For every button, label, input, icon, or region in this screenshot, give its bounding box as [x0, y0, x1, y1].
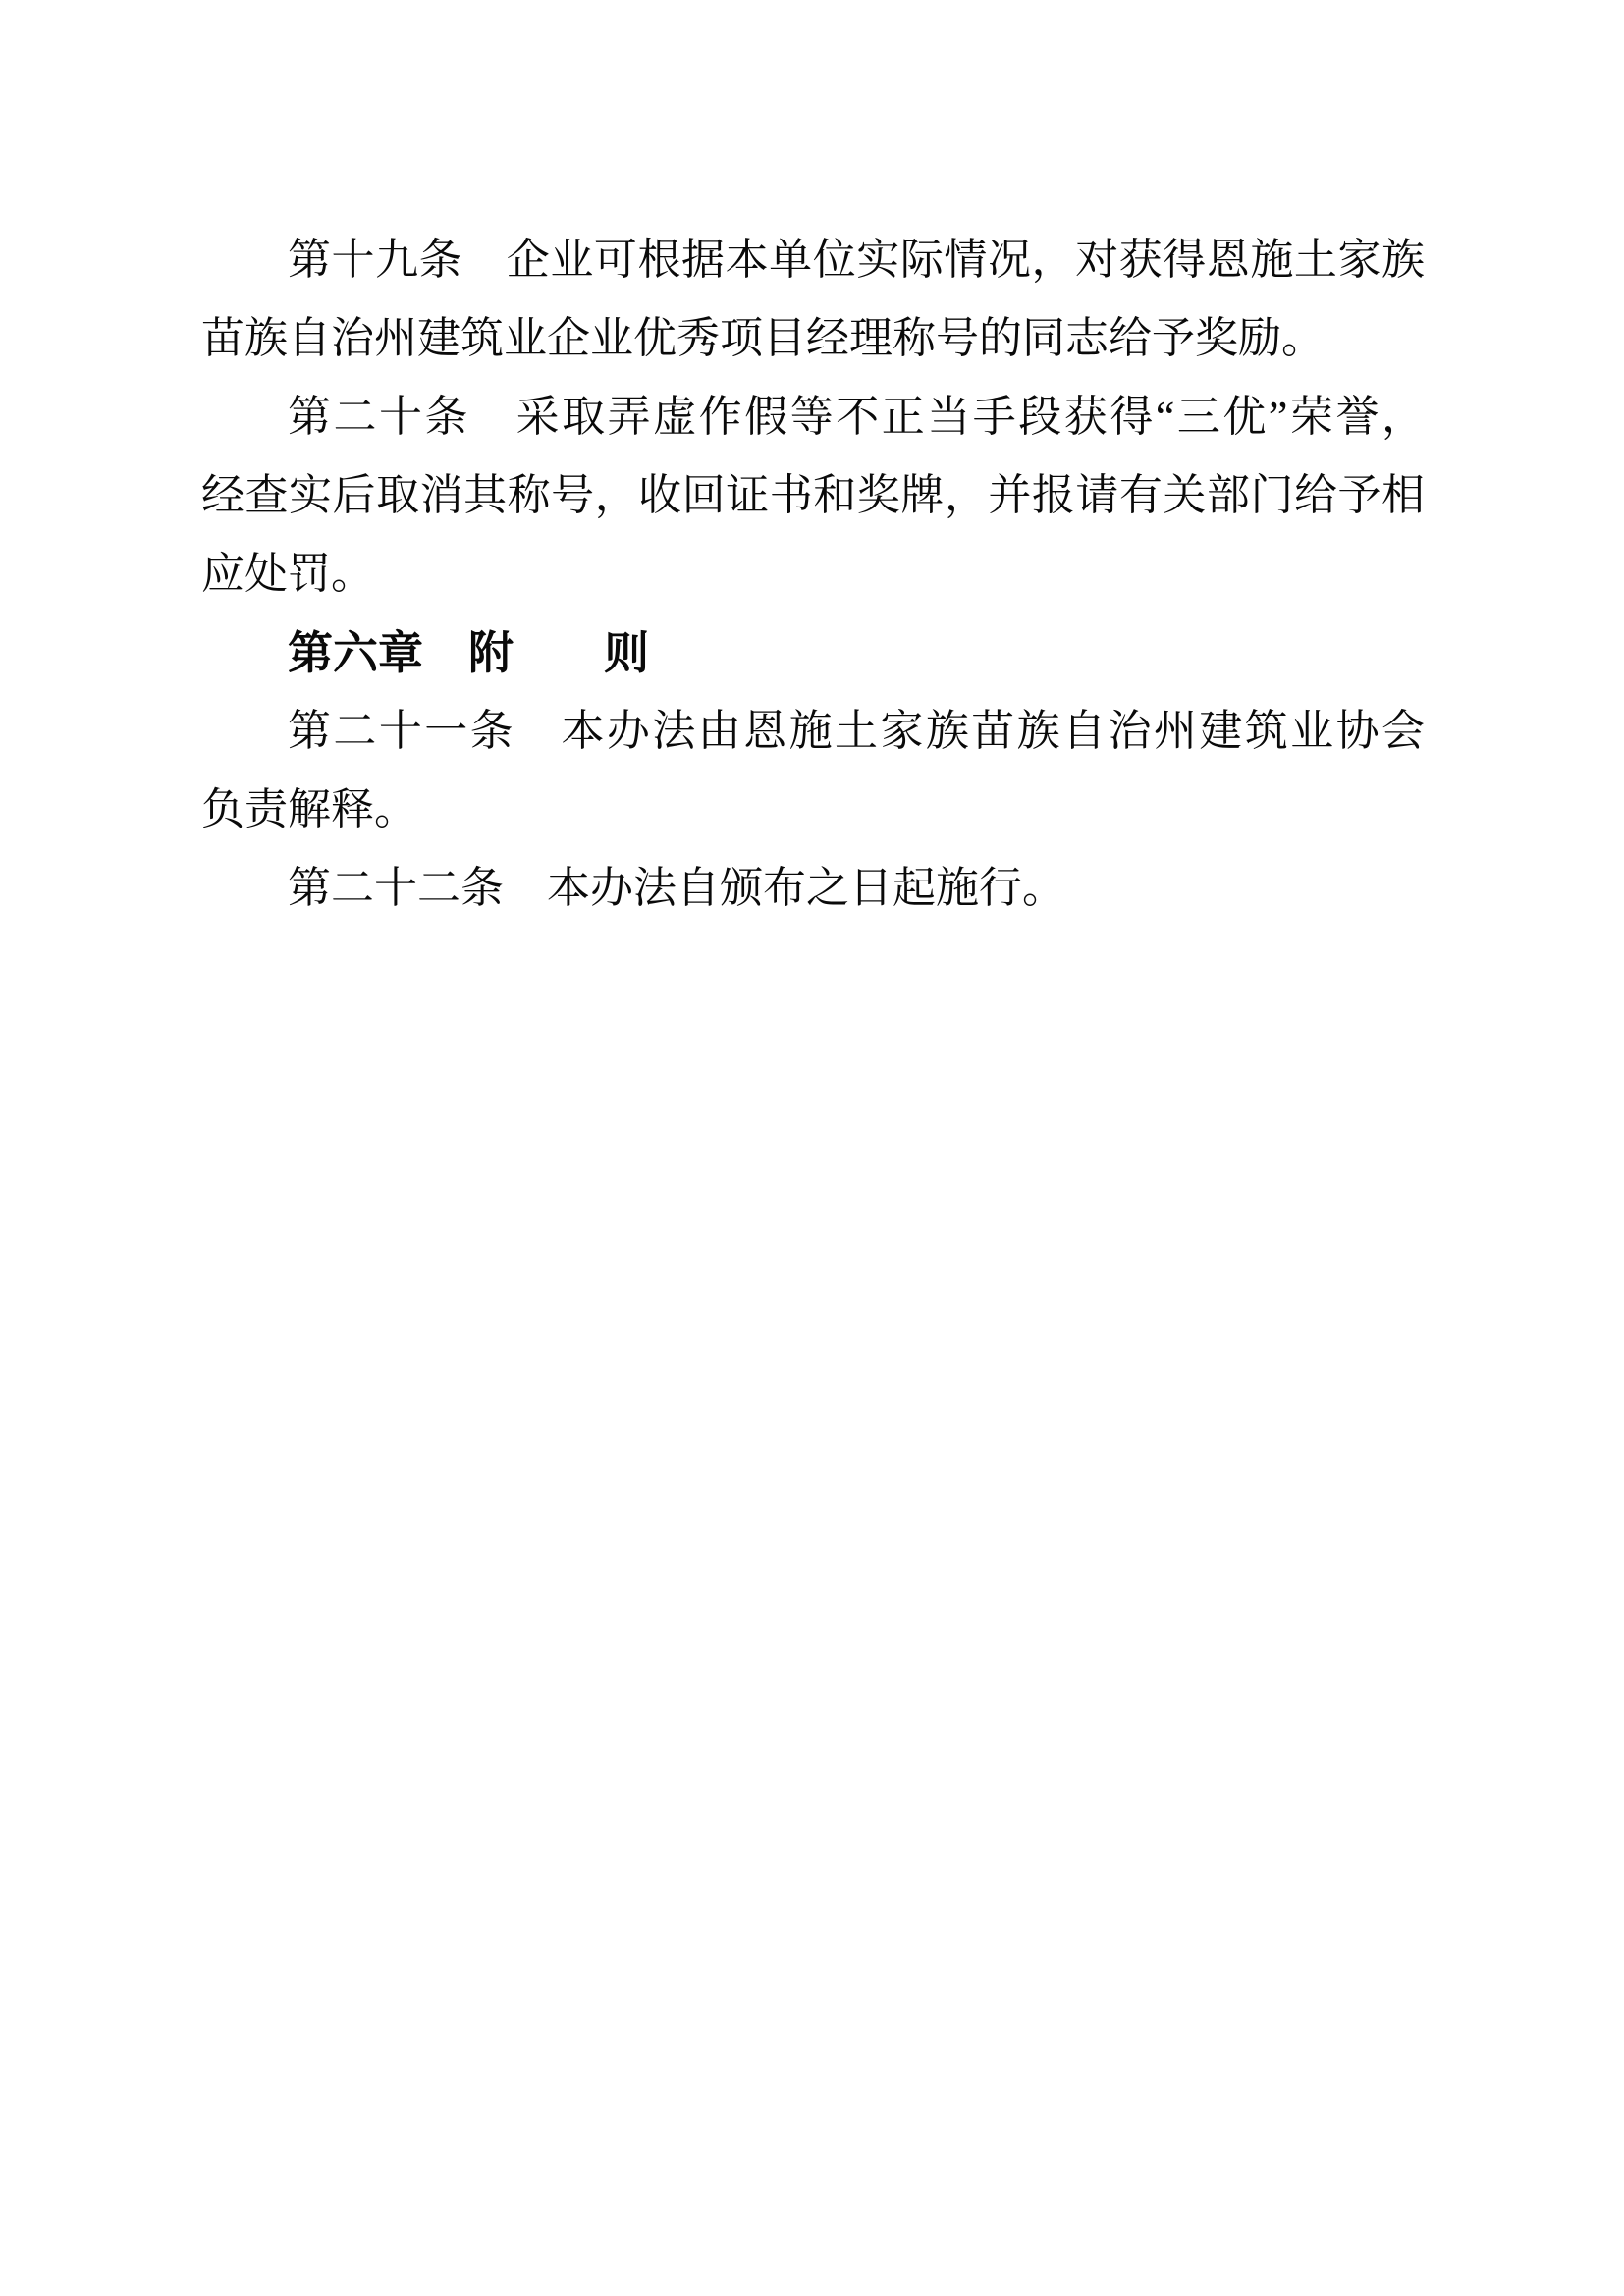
article-21-line-1: 第二十一条 本办法由恩施土家族苗族自治州建筑业协会: [201, 692, 1425, 771]
article-20-line-3: 应处罚。: [201, 535, 1425, 614]
article-21-line-2: 负责解释。: [201, 771, 1425, 849]
article-20-line-1: 第二十条 采取弄虚作假等不正当手段获得“三优”荣誉，: [201, 378, 1425, 456]
article-19-line-1: 第十九条 企业可根据本单位实际情况，对获得恩施土家族: [201, 221, 1425, 299]
article-19-line-2: 苗族自治州建筑业企业优秀项目经理称号的同志给予奖励。: [201, 299, 1425, 378]
document-text-block: 第十九条 企业可根据本单位实际情况，对获得恩施土家族 苗族自治州建筑业企业优秀项…: [201, 221, 1425, 928]
article-20-line-2: 经查实后取消其称号，收回证书和奖牌，并报请有关部门给予相: [201, 456, 1425, 535]
article-22-line-1: 第二十二条 本办法自颁布之日起施行。: [201, 849, 1425, 928]
chapter-6-heading: 第六章 附 则: [201, 614, 1425, 692]
document-page: 第十九条 企业可根据本单位实际情况，对获得恩施土家族 苗族自治州建筑业企业优秀项…: [0, 0, 1624, 2296]
